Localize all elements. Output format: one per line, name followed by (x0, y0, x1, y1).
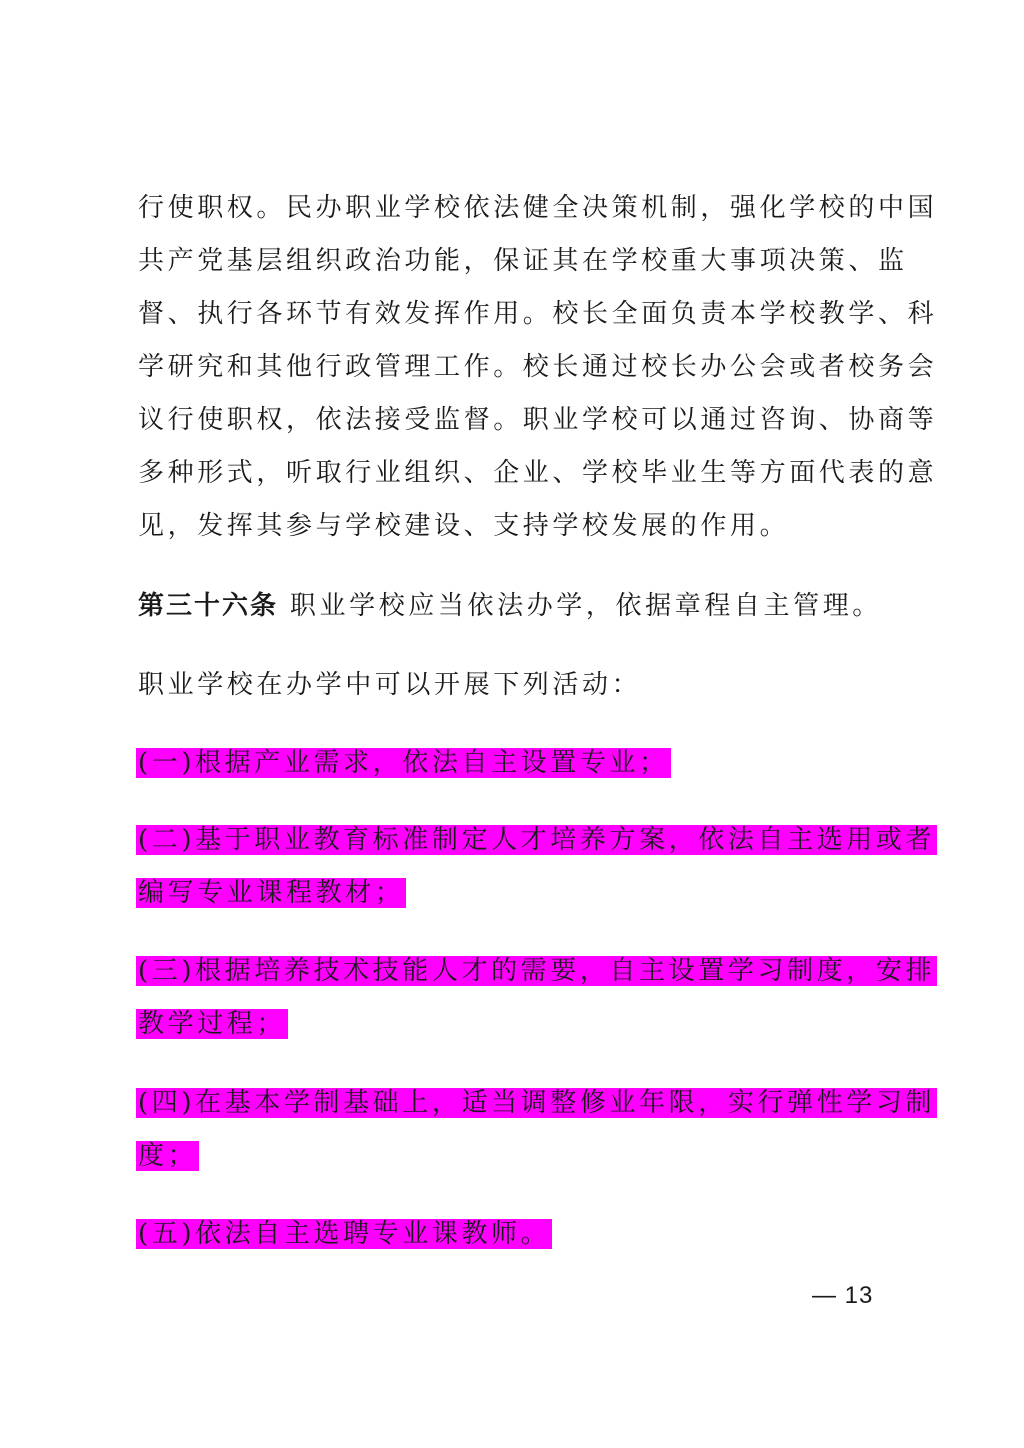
article-heading: 第三十六条 (138, 591, 278, 621)
text-line: 共产党基层组织政治功能，保证其在学校重大事项决策、监 (138, 241, 908, 281)
article-intro: 职业学校在办学中可以开展下列活动： (138, 665, 641, 705)
list-item-4-line-1: (四)在基本学制基础上，适当调整修业年限，实行弹性学习制 (136, 1088, 937, 1118)
list-item-3-line-1: (三)根据培养技术技能人才的需要，自主设置学习制度，安排 (136, 956, 937, 986)
article-text: 职业学校应当依法办学，依据章程自主管理。 (290, 591, 882, 621)
text-line: 议行使职权，依法接受监督。职业学校可以通过咨询、协商等 (138, 400, 937, 440)
list-item-5: (五)依法自主选聘专业课教师。 (136, 1219, 552, 1249)
text-line: 行使职权。民办职业学校依法健全决策机制，强化学校的中国 (138, 188, 937, 228)
text-line: 多种形式，听取行业组织、企业、学校毕业生等方面代表的意 (138, 453, 937, 493)
text-line: 督、执行各环节有效发挥作用。校长全面负责本学校教学、科 (138, 294, 937, 334)
article-36-paragraph: 第三十六条 职业学校应当依法办学，依据章程自主管理。 (138, 586, 882, 626)
list-item-3-line-2: 教学过程； (136, 1009, 288, 1039)
list-item-2-line-2: 编写专业课程教材； (136, 878, 406, 908)
list-item-4-line-2: 度； (136, 1141, 199, 1171)
page-number: — 13 (812, 1282, 873, 1310)
text-line: 学研究和其他行政管理工作。校长通过校长办公会或者校务会 (138, 347, 937, 387)
text-line: 见，发挥其参与学校建设、支持学校发展的作用。 (138, 506, 789, 546)
list-item-2-line-1: (二)基于职业教育标准制定人才培养方案，依法自主选用或者 (136, 825, 937, 855)
list-item-1: (一)根据产业需求，依法自主设置专业； (136, 748, 671, 778)
